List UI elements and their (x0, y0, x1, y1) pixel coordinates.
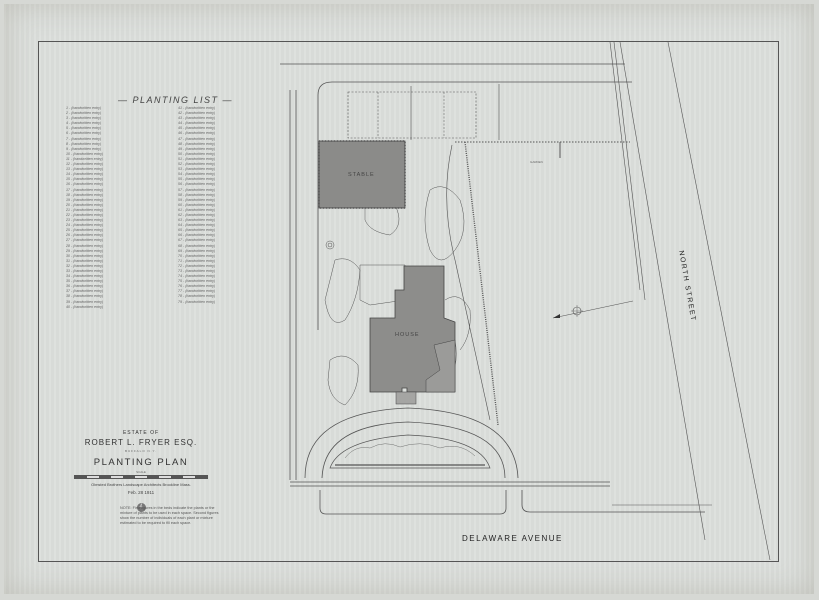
planting-list-entry: 56 - (handwritten entry) (178, 182, 215, 187)
planting-list-entry: 17 - (handwritten entry) (66, 188, 103, 193)
planting-list-entry: 48 - (handwritten entry) (178, 142, 215, 147)
planting-list-entry: 40 - (handwritten entry) (66, 305, 103, 310)
planting-list-entry: 8 - (handwritten entry) (66, 142, 103, 147)
planting-list-entry: 46 - (handwritten entry) (178, 131, 215, 136)
owner-name: ROBERT L. FRYER ESQ. (70, 438, 212, 447)
planting-list-entry: 28 - (handwritten entry) (66, 244, 103, 249)
planting-list-entry: 78 - (handwritten entry) (178, 294, 215, 299)
planting-list-entry: 7 - (handwritten entry) (66, 137, 103, 142)
title-block: ESTATE OF ROBERT L. FRYER ESQ. BUFFALO N… (70, 430, 212, 513)
planting-list-entry: 6 - (handwritten entry) (66, 131, 103, 136)
planting-list-entry: 68 - (handwritten entry) (178, 244, 215, 249)
planting-list-entry: 47 - (handwritten entry) (178, 137, 215, 142)
house-label: HOUSE (395, 332, 420, 338)
delaware-avenue-label: DELAWARE AVENUE (462, 534, 563, 543)
planting-list-entry: 18 - (handwritten entry) (66, 193, 103, 198)
planting-list-entry: 69 - (handwritten entry) (178, 249, 215, 254)
planting-list-entry: 79 - (handwritten entry) (178, 300, 215, 305)
garden-label: GARDEN (530, 160, 543, 164)
planting-list-entry: 57 - (handwritten entry) (178, 188, 215, 193)
planting-list-entry: 67 - (handwritten entry) (178, 238, 215, 243)
planting-list-entry: 39 - (handwritten entry) (66, 300, 103, 305)
scale-bar (74, 475, 208, 479)
planting-list-column-1: 1 - (handwritten entry) 2 - (handwritten… (66, 106, 103, 399)
planting-list-entry (66, 310, 103, 318)
planting-list-entry: 29 - (handwritten entry) (66, 249, 103, 254)
planting-list-entry: 38 - (handwritten entry) (66, 294, 103, 299)
planting-list-entry: 27 - (handwritten entry) (66, 238, 103, 243)
planting-list-entry (66, 394, 103, 399)
planting-list-column-2: 41 - (handwritten entry) 42 - (handwritt… (178, 106, 215, 305)
firm-name: Olmsted Brothers Landscape Architects Br… (70, 482, 212, 487)
scale-label: SCALE (70, 470, 212, 474)
location-label: BUFFALO N.Y. (70, 449, 212, 453)
plan-date: Feb. 28 1911 (70, 490, 212, 495)
plan-note: NOTE: First figures in the beds indicate… (120, 506, 220, 526)
plan-title: PLANTING PLAN (70, 457, 212, 468)
estate-of-label: ESTATE OF (70, 430, 212, 436)
planting-list-entry: 58 - (handwritten entry) (178, 193, 215, 198)
planting-list-entry: 16 - (handwritten entry) (66, 182, 103, 187)
stable-label: STABLE (348, 172, 375, 178)
planting-list-title: — PLANTING LIST — (118, 95, 233, 105)
